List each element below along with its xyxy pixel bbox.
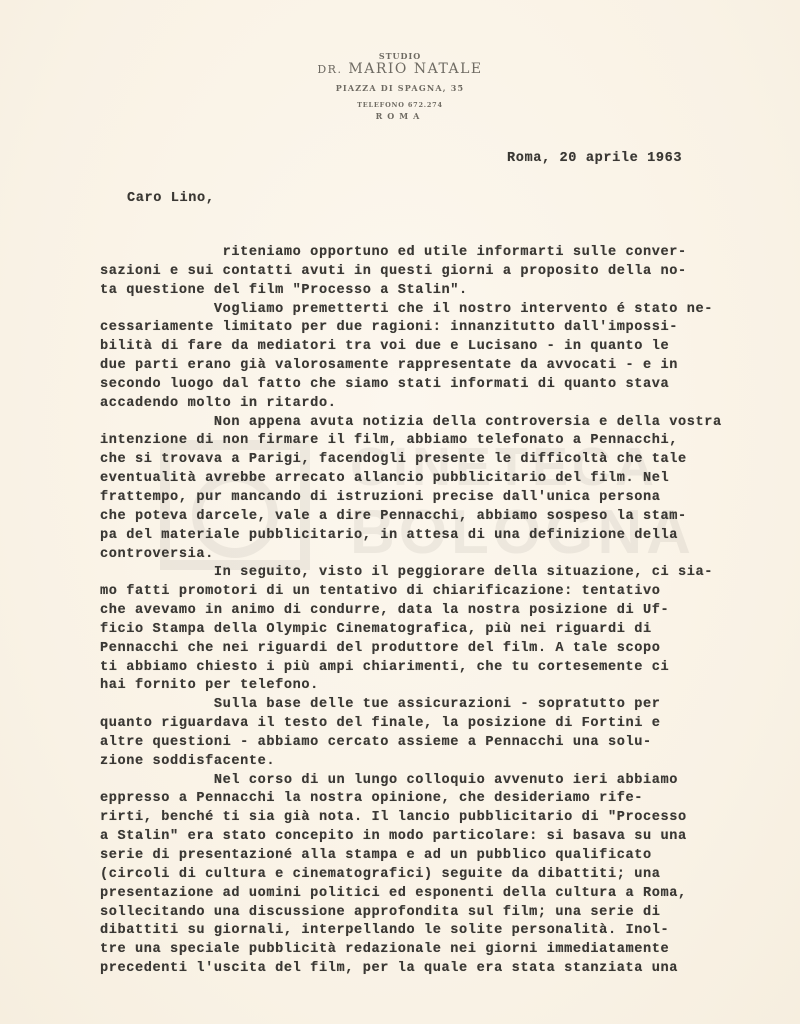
letter-body: riteniamo opportuno ed utile informarti … (100, 244, 760, 979)
body-line: che avevamo in animo di condurre, data l… (100, 602, 760, 621)
body-line: accadendo molto in ritardo. (100, 395, 760, 414)
letterhead-studio: STUDIO (0, 51, 800, 61)
letterhead-name: DR. MARIO NATALE (0, 61, 800, 77)
body-line: zione soddisfacente. (100, 753, 760, 772)
body-line: intenzione di non firmare il film, abbia… (100, 432, 760, 451)
body-line: Sulla base delle tue assicurazioni - sop… (100, 696, 760, 715)
letterhead-city: ROMA (0, 111, 800, 121)
body-line: sollecitando una discussione approfondit… (100, 904, 760, 923)
body-line: ti abbiamo chiesto i più ampi chiariment… (100, 659, 760, 678)
body-line: cessariamente limitato per due ragioni: … (100, 319, 760, 338)
body-line: dibattiti su giornali, interpellando le … (100, 922, 760, 941)
body-line: sazioni e sui contatti avuti in questi g… (100, 263, 760, 282)
body-line: altre questioni - abbiamo cercato assiem… (100, 734, 760, 753)
body-line: quanto riguardava il testo del finale, l… (100, 715, 760, 734)
body-line: tre una speciale pubblicità redazionale … (100, 941, 760, 960)
body-line: che poteva darcele, vale a dire Pennacch… (100, 508, 760, 527)
body-line: ficio Stampa della Olympic Cinematografi… (100, 621, 760, 640)
body-line: che si trovava a Parigi, facendogli pres… (100, 451, 760, 470)
body-line: serie di presentazioné alla stampa e ad … (100, 847, 760, 866)
body-line: frattempo, pur mancando di istruzioni pr… (100, 489, 760, 508)
body-line: bilità di fare da mediatori tra voi due … (100, 338, 760, 357)
letterhead-title-prefix: DR. (317, 63, 342, 76)
body-line: ta questione del film "Processo a Stalin… (100, 282, 760, 301)
body-line: due parti erano già valorosamente rappre… (100, 357, 760, 376)
body-line: Pennacchi che nei riguardi del produttor… (100, 640, 760, 659)
letter-salutation: Caro Lino, (127, 191, 215, 206)
body-line: pa del materiale pubblicitario, in attes… (100, 527, 760, 546)
body-line: eppresso a Pennacchi la nostra opinione,… (100, 790, 760, 809)
body-line: presentazione ad uomini politici ed espo… (100, 885, 760, 904)
body-line: rirti, benché ti sia già nota. Il lancio… (100, 809, 760, 828)
body-line: secondo luogo dal fatto che siamo stati … (100, 376, 760, 395)
letter-page: CINETECA BOLOGNA STUDIO DR. MARIO NATALE… (0, 0, 800, 1024)
body-line: riteniamo opportuno ed utile informarti … (100, 244, 760, 263)
body-line: Nel corso di un lungo colloquio avvenuto… (100, 772, 760, 791)
body-line: controversia. (100, 546, 760, 565)
body-line: Vogliamo premetterti che il nostro inter… (100, 301, 760, 320)
body-line: In seguito, visto il peggiorare della si… (100, 564, 760, 583)
letterhead-phone: TELEFONO 672.274 (0, 101, 800, 109)
body-line: a Stalin" era stato concepito in modo pa… (100, 828, 760, 847)
body-line: eventualità avrebbe arrecato allancio pu… (100, 470, 760, 489)
letterhead-address: PIAZZA DI SPAGNA, 35 (0, 83, 800, 93)
body-line: hai fornito per telefono. (100, 677, 760, 696)
letter-date: Roma, 20 aprile 1963 (507, 151, 682, 166)
letterhead-person-name: MARIO NATALE (348, 61, 482, 77)
body-line: (circoli di cultura e cinematografici) s… (100, 866, 760, 885)
body-line: mo fatti promotori di un tentativo di ch… (100, 583, 760, 602)
body-line: Non appena avuta notizia della controver… (100, 414, 760, 433)
body-line: precedenti l'uscita del film, per la qua… (100, 960, 760, 979)
